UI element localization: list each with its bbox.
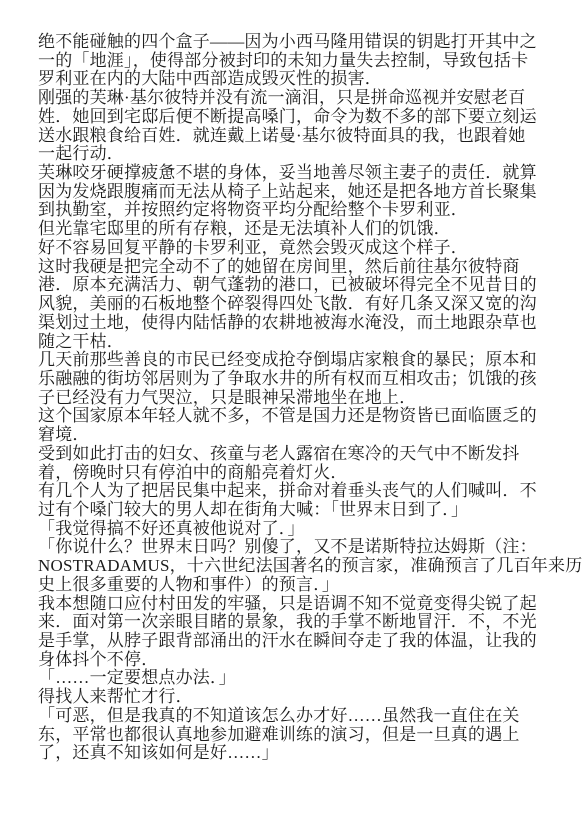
text-line: 一的「地涯」，使得部分被封印的未知力量失去控制，导致包括卡: [38, 52, 552, 71]
text-line: 因为发烧跟腹痛而无法从椅子上站起来，她还是把各地方首长聚集: [38, 183, 552, 202]
text-line: 好不容易回复平静的卡罗利亚，竟然会毁灭成这个样子．: [38, 239, 552, 258]
text-line: 绝不能碰触的四个盒子——因为小西马隆用错误的钥匙打开其中之: [38, 33, 552, 52]
text-line: 过有个嗓门较大的男人却在街角大喊：「世界末日到了．」: [38, 501, 552, 520]
text-line: 有几个人为了把居民集中起来，拼命对着垂头丧气的人们喊叫．不: [38, 482, 552, 501]
text-line: 港．原本充满活力、朝气蓬勃的港口，已被破坏得完全不见昔日的: [38, 276, 552, 295]
text-line: 到执勤室，并按照约定将物资平均分配给整个卡罗利亚．: [38, 201, 552, 220]
text-line: 风貌，美丽的石板地整个碎裂得四处飞散．有好几条又深又宽的沟: [38, 295, 552, 314]
text-line: 刚强的芙琳·基尔彼特并没有流一滴泪，只是拼命巡视并安慰老百: [38, 89, 552, 108]
text-line: 子已经没有力气哭泣，只是眼神呆滞地坐在地上．: [38, 389, 552, 408]
text-line: 东，平常也都很认真地参加避难训练的演习，但是一旦真的遇上: [38, 726, 552, 745]
text-line: 我本想随口应付村田发的牢骚，只是语调不知不觉竟变得尖锐了起: [38, 595, 552, 614]
text-line: 这个国家原本年轻人就不多，不管是国力还是物资皆已面临匮乏的: [38, 407, 552, 426]
text-line: 送水跟粮食给百姓．就连戴上诺曼·基尔彼特面具的我，也跟着她: [38, 127, 552, 146]
text-line: 但光靠宅邸里的所有存粮，还是无法填补人们的饥饿．: [38, 220, 552, 239]
text-line: 渠划过土地，使得内陆恬静的农耕地被海水淹没，而土地跟杂草也: [38, 314, 552, 333]
text-line: 得找人来帮忙才行．: [38, 688, 552, 707]
document-page: 绝不能碰触的四个盒子——因为小西马隆用错误的钥匙打开其中之一的「地涯」，使得部分…: [0, 0, 583, 828]
text-line: 是手掌，从脖子跟背部涌出的汗水在瞬间夺走了我的体温，让我的: [38, 632, 552, 651]
text-line: 几天前那些善良的市民已经变成抢夺倒塌店家粮食的暴民；原本和: [38, 351, 552, 370]
text-line: 乐融融的街坊邻居则为了争取水井的所有权而互相攻击；饥饿的孩: [38, 370, 552, 389]
text-line: 着，傍晚时只有停泊中的商船亮着灯火．: [38, 464, 552, 483]
text-line: 随之干枯．: [38, 333, 552, 352]
text-line: 芙琳咬牙硬撑疲惫不堪的身体，妥当地善尽领主妻子的责任．就算: [38, 164, 552, 183]
text-line: 身体抖个不停．: [38, 651, 552, 670]
text-block: 绝不能碰触的四个盒子——因为小西马隆用错误的钥匙打开其中之一的「地涯」，使得部分…: [38, 33, 552, 763]
text-line: 窘境．: [38, 426, 552, 445]
text-line: 「你说什么？世界末日吗？别傻了，又不是诺斯特拉达姆斯（注：: [38, 538, 552, 557]
text-line: 来．面对第一次亲眼目睹的景象，我的手掌不断地冒汗．不，不光: [38, 613, 552, 632]
text-line: 姓．她回到宅邸后便不断提高嗓门，命令为数不多的部下要立刻运: [38, 108, 552, 127]
text-line: 「……一定要想点办法．」: [38, 669, 552, 688]
text-line: 「我觉得搞不好还真被他说对了．」: [38, 520, 552, 539]
text-line: 「可恶，但是我真的不知道该怎么办才好……虽然我一直住在关: [38, 707, 552, 726]
text-line: NOSTRADAMUS，十六世纪法国著名的预言家，准确预言了几百年来历: [38, 557, 552, 576]
text-line: 受到如此打击的妇女、孩童与老人露宿在寒冷的天气中不断发抖: [38, 445, 552, 464]
text-line: 史上很多重要的人物和事件）的预言．」: [38, 576, 552, 595]
text-line: 罗利亚在内的大陆中西部造成毁灭性的损害．: [38, 70, 552, 89]
text-line: 一起行动．: [38, 145, 552, 164]
text-line: 了，还真不知该如何是好……」: [38, 744, 552, 763]
text-line: 这时我硬是把完全动不了的她留在房间里，然后前往基尔彼特商: [38, 258, 552, 277]
